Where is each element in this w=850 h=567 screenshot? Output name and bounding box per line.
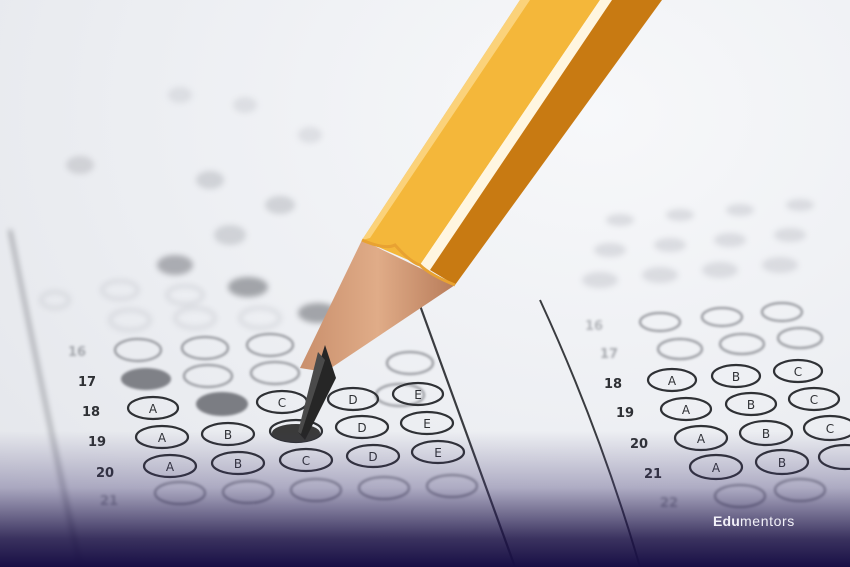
logo-bold-part: Edu [713,513,740,529]
edumentors-logo: Edumentors [713,513,795,529]
pencil [0,0,850,567]
photo-scene: 16 17 16 21 22 [0,0,850,567]
logo-light-part: mentors [740,513,795,529]
